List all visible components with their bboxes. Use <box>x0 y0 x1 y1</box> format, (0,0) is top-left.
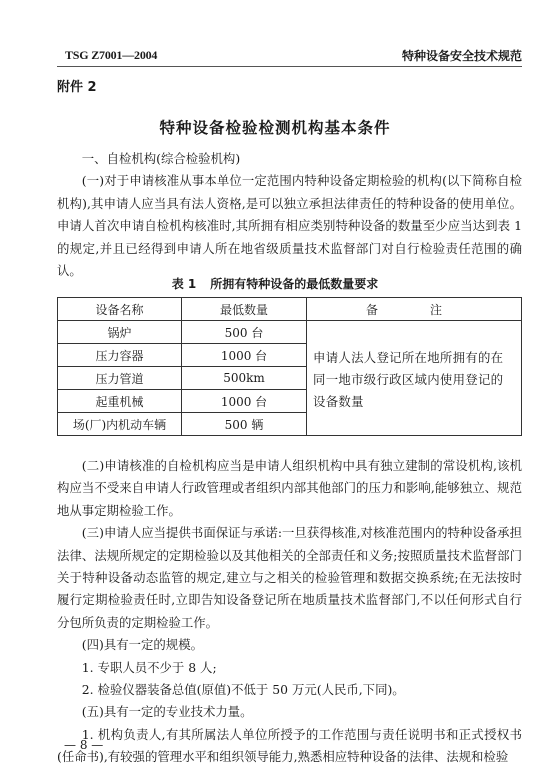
min-quantity: 500 台 <box>182 321 307 344</box>
header-min-quantity: 最低数量 <box>182 298 307 321</box>
scan-artifact: ˊ <box>253 249 258 259</box>
table-title: 所拥有特种设备的最低数量要求 <box>210 277 378 291</box>
paragraph-4-item-2: 2. 检验仪器装备总值(原值)不低于 50 万元(人民币,下同)。 <box>57 679 522 701</box>
equipment-name: 压力容器 <box>58 344 182 367</box>
paragraph-3: (三)申请人应当提供书面保证与承诺:一旦获得核准,对核准范围内的特种设备承担法律… <box>57 522 522 634</box>
paragraph-5: (五)具有一定的专业技术力量。 <box>57 701 522 723</box>
paragraph-2: (二)申请核准的自检机构应当是申请人组织机构中具有独立建制的常设机构,该机构应当… <box>57 455 522 522</box>
section-heading: 一、自检机构(综合检验机构) <box>57 148 522 170</box>
equipment-name: 锅炉 <box>58 321 182 344</box>
page-number: — 8 — <box>64 738 103 752</box>
remarks-cell: 申请人法人登记所在地所拥有的在同一地市级行政区域内使用登记的设备数量 <box>307 321 522 436</box>
section-1-continued: (二)申请核准的自检机构应当是申请人组织机构中具有独立建制的常设机构,该机构应当… <box>57 455 522 769</box>
document-page: TSG Z7001—2004 特种设备安全技术规范 附件 2 特种设备检验检测机… <box>0 0 550 777</box>
equipment-requirements-table: 设备名称 最低数量 备 注 锅炉 500 台 申请人法人登记所在地所拥有的在同一… <box>57 297 522 436</box>
min-quantity: 500km <box>182 367 307 390</box>
paragraph-1: (一)对于申请核准从事本单位一定范围内特种设备定期检验的机构(以下简称自检机构)… <box>57 170 522 282</box>
equipment-name: 起重机械 <box>58 390 182 413</box>
table-row: 锅炉 500 台 申请人法人登记所在地所拥有的在同一地市级行政区域内使用登记的设… <box>58 321 522 344</box>
min-quantity: 1000 台 <box>182 390 307 413</box>
page-title: 特种设备检验检测机构基本条件 <box>0 116 550 138</box>
annex-label: 附件 2 <box>57 76 97 95</box>
paragraph-4-item-1: 1. 专职人员不少于 8 人; <box>57 657 522 679</box>
equipment-name: 场(厂)内机动车辆 <box>58 413 182 436</box>
doc-code: TSG Z7001—2004 <box>65 48 157 63</box>
section-1: 一、自检机构(综合检验机构) (一)对于申请核准从事本单位一定范围内特种设备定期… <box>57 148 522 282</box>
paragraph-5-item-1: 1. 机构负责人,有其所属法人单位所授予的工作范围与责任说明书和正式授权书(任命… <box>57 724 522 769</box>
paragraph-4: (四)具有一定的规模。 <box>57 634 522 656</box>
header-equipment-name: 设备名称 <box>58 298 182 321</box>
min-quantity: 1000 台 <box>182 344 307 367</box>
table-header-row: 设备名称 最低数量 备 注 <box>58 298 522 321</box>
table-caption: 表 1所拥有特种设备的最低数量要求 <box>0 275 550 292</box>
min-quantity: 500 辆 <box>182 413 307 436</box>
header-remarks: 备 注 <box>307 298 522 321</box>
equipment-name: 压力管道 <box>58 367 182 390</box>
series-title: 特种设备安全技术规范 <box>402 47 522 64</box>
running-header: TSG Z7001—2004 特种设备安全技术规范 <box>57 46 522 67</box>
table-number: 表 1 <box>172 277 197 291</box>
